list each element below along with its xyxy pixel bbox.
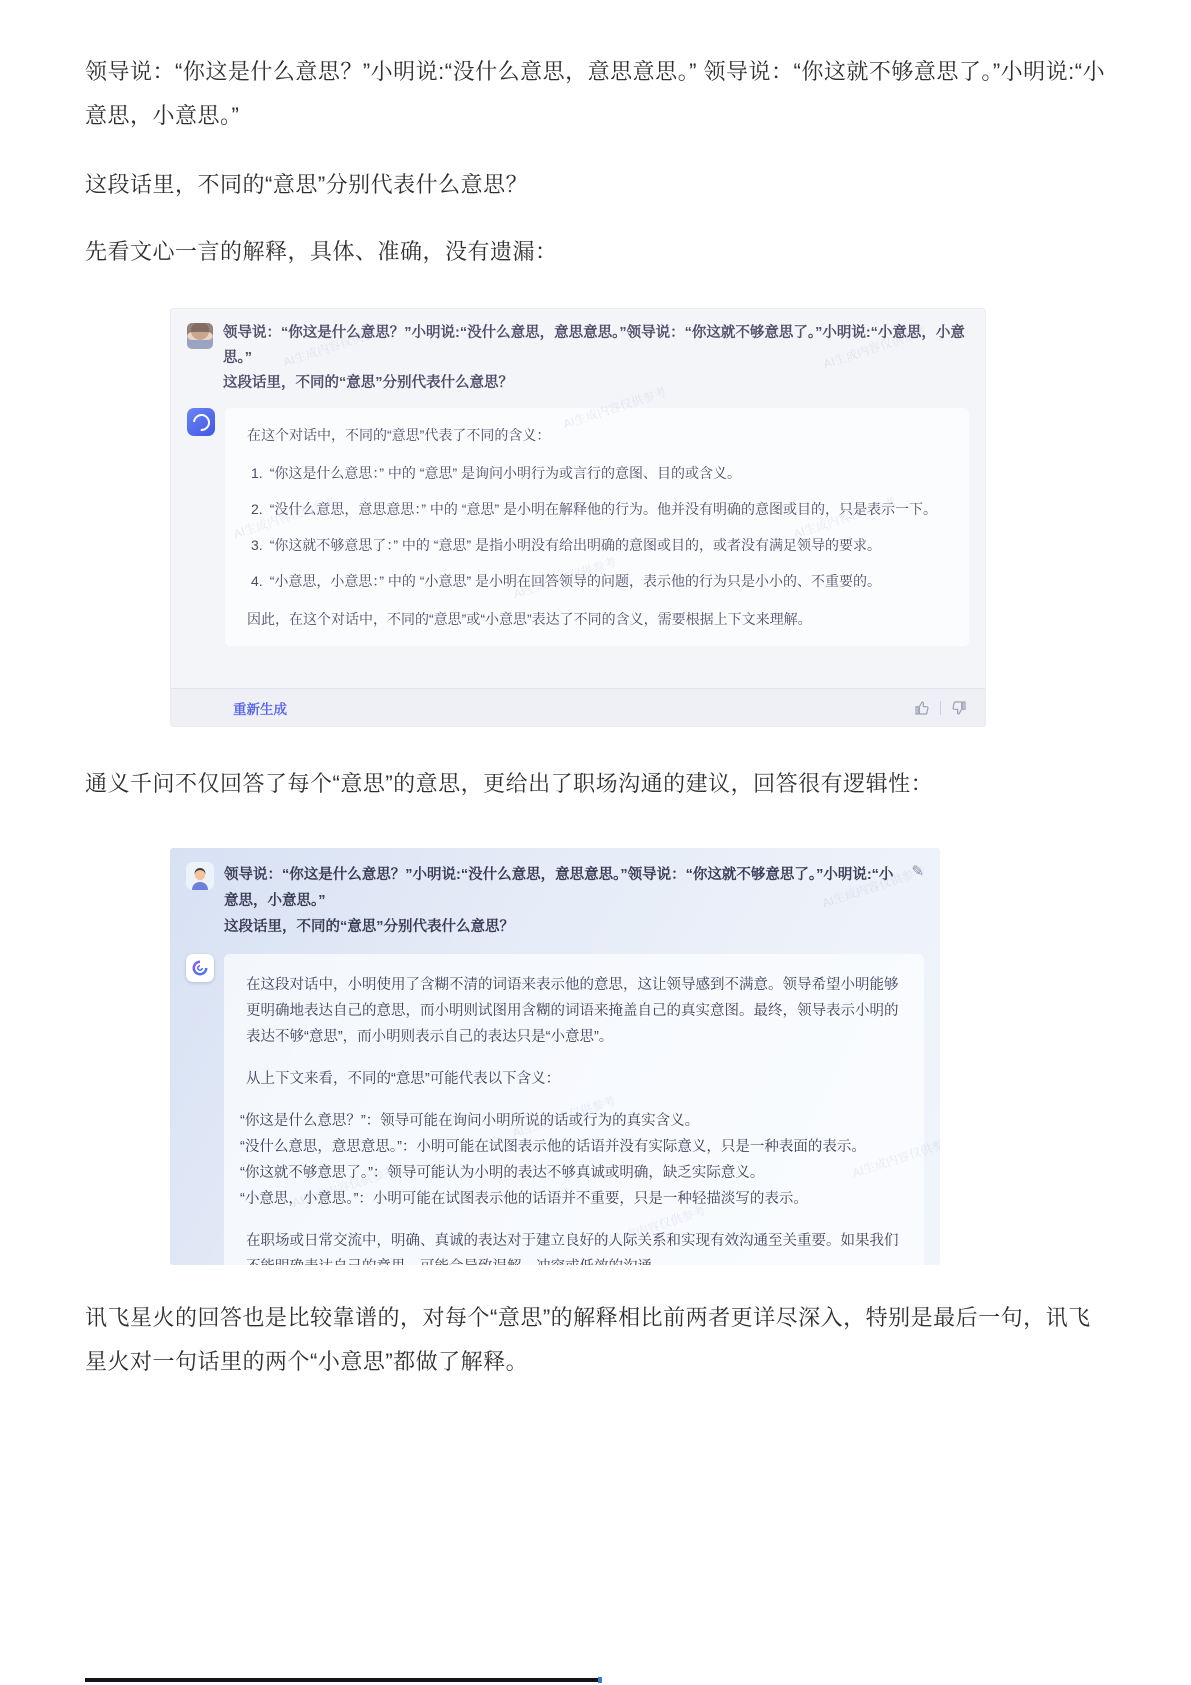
quote-line: “你这是什么意思？”：领导可能在询问小明所说的话或行为的真实含义。 [240,1108,902,1134]
cartoon-man-icon [188,866,212,890]
paragraph-tongyi-intro: 通义千问不仅回答了每个“意思”的意思，更给出了职场沟通的建议，回答很有逻辑性： [85,762,1110,806]
reply-intro: 在这个对话中，不同的“意思”代表了不同的含义： [247,424,947,446]
regenerate-button[interactable]: 重新生成 [233,698,287,718]
paragraph-wenxin-intro: 先看文心一言的解释，具体、准确，没有遗漏： [85,230,1110,274]
user-message-row: 领导说：“你这是什么意思？”小明说:“没什么意思，意思意思。”领导说：“你这就不… [186,862,924,940]
paragraph-dialogue: 领导说：“你这是什么意思？”小明说:“没什么意思，意思意思。” 领导说：“你这就… [85,50,1110,138]
user-message: 领导说：“你这是什么意思？”小明说:“没什么意思，意思意思。”领导说：“你这就不… [223,321,969,371]
next-screenshot-edge-tick [598,1677,602,1683]
list-item-text: “你这就不够意思了：” 中的 “意思” 是指小明没有给出明确的意图或目的，或者没… [270,534,881,556]
paragraph-xunfei-comment: 讯飞星火的回答也是比较靠谱的，对每个“意思”的解释相比前两者更详尽深入，特别是最… [85,1296,1110,1384]
bot-reply-card: 在这段对话中，小明使用了含糊不清的词语来表示他的意思，这让领导感到不满意。领导希… [224,954,924,1265]
tongyi-logo-icon [191,959,209,977]
thumb-down-icon[interactable] [951,700,967,716]
list-item-number: 1. [251,462,263,484]
footer-divider [940,701,941,715]
quote-line: “没什么意思，意思意思。”：小明可能在试图表示他的话语并没有实际意义，只是一种表… [240,1134,902,1160]
quote-line: “小意思，小意思。”：小明可能在试图表示他的话语并不重要，只是一种轻描淡写的表示… [240,1186,902,1212]
reply-paragraph-2: 从上下文来看，不同的“意思”可能代表以下含义： [246,1066,902,1092]
thumb-up-icon[interactable] [914,700,930,716]
list-item-text: “没什么意思，意思意思：” 中的 “意思” 是小明在解释他的行为。他并没有明确的… [270,498,937,520]
user-question: 这段话里，不同的“意思”分别代表什么意思？ [224,914,903,940]
reply-quote-list: “你这是什么意思？”：领导可能在询问小明所说的话或行为的真实含义。 “没什么意思… [240,1108,902,1212]
list-item: 1. “你这是什么意思：” 中的 “意思” 是询问小明行为或言行的意图、目的或含… [251,462,947,484]
user-question: 这段话里，不同的“意思”分别代表什么意思？ [223,371,969,396]
list-item-number: 4. [251,570,263,592]
user-avatar [187,323,213,349]
tongyi-chat-screenshot: AI生成内容仅供参考 AI生成内容仅供参考 AI生成内容仅供参考 AI生成内容仅… [170,848,940,1265]
bot-reply-row: 在这段对话中，小明使用了含糊不清的词语来表示他的意思，这让领导感到不满意。领导希… [186,954,924,1265]
user-message: 领导说：“你这是什么意思？”小明说:“没什么意思，意思意思。”领导说：“你这就不… [224,862,903,914]
reply-paragraph-1: 在这段对话中，小明使用了含糊不清的词语来表示他的意思，这让领导感到不满意。领导希… [246,972,902,1050]
quote-line: “你这就不够意思了。”：领导可能认为小明的表达不够真诚或明确，缺乏实际意义。 [240,1160,902,1186]
edit-icon[interactable]: ✎ [911,862,924,940]
paragraph-question: 这段话里，不同的“意思”分别代表什么意思？ [85,163,1110,207]
list-item-number: 2. [251,498,263,520]
list-item: 4. “小意思，小意思：” 中的 “小意思” 是小明在回答领导的问题，表示他的行… [251,570,947,592]
list-item: 3. “你这就不够意思了：” 中的 “意思” 是指小明没有给出明确的意图或目的，… [251,534,947,556]
chat-footer-bar: 重新生成 [171,688,985,726]
wenxin-bot-avatar [187,408,215,436]
wenxin-chat-screenshot: AI生成内容仅供参考 AI生成内容仅供参考 AI生成内容仅供参考 AI生成内容仅… [170,308,986,727]
list-item-text: “你这是什么意思：” 中的 “意思” 是询问小明行为或言行的意图、目的或含义。 [270,462,741,484]
user-message-row: 领导说：“你这是什么意思？”小明说:“没什么意思，意思意思。”领导说：“你这就不… [187,321,969,396]
reply-numbered-list: 1. “你这是什么意思：” 中的 “意思” 是询问小明行为或言行的意图、目的或含… [251,462,947,592]
next-screenshot-top-edge [85,1678,598,1682]
reply-paragraph-3: 在职场或日常交流中，明确、真诚的表达对于建立良好的人际关系和实现有效沟通至关重要… [246,1228,902,1265]
wenxin-logo-icon [189,410,213,434]
bot-reply-card: 在这个对话中，不同的“意思”代表了不同的含义： 1. “你这是什么意思：” 中的… [225,408,969,646]
list-item-text: “小意思，小意思：” 中的 “小意思” 是小明在回答领导的问题，表示他的行为只是… [270,570,881,592]
reply-outro: 因此，在这个对话中，不同的“意思”或“小意思”表达了不同的含义，需要根据上下文来… [247,608,947,630]
article-page: 领导说：“你这是什么意思？”小明说:“没什么意思，意思意思。” 领导说：“你这就… [0,0,1191,1685]
list-item: 2. “没什么意思，意思意思：” 中的 “意思” 是小明在解释他的行为。他并没有… [251,498,947,520]
list-item-number: 3. [251,534,263,556]
user-avatar [186,862,214,890]
tongyi-bot-avatar [186,954,214,982]
bot-reply-row: 在这个对话中，不同的“意思”代表了不同的含义： 1. “你这是什么意思：” 中的… [187,408,969,646]
